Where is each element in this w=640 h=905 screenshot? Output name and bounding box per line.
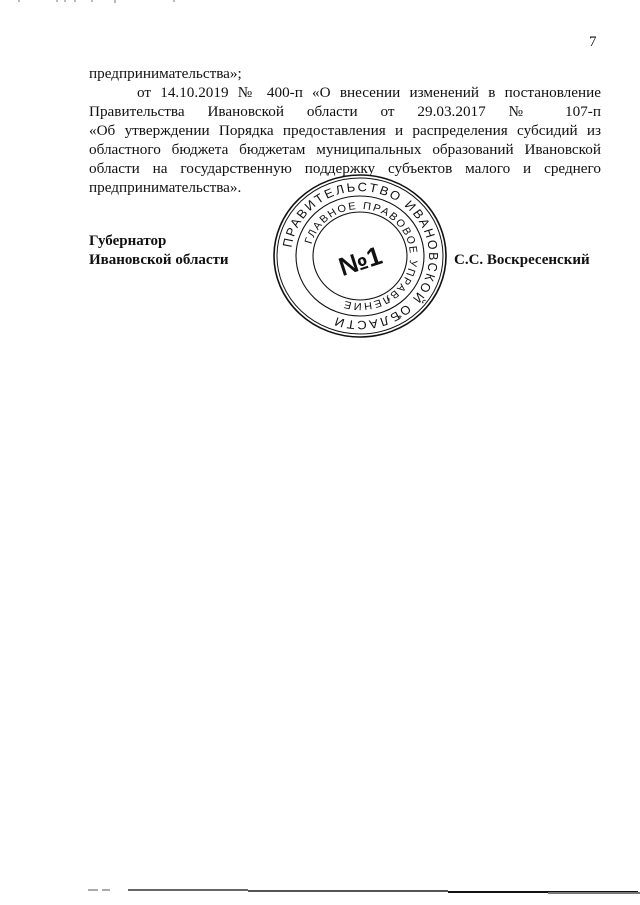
text-line: Правительства Ивановской области от 29.0… bbox=[89, 102, 601, 121]
scan-speck bbox=[18, 0, 20, 2]
scan-artifacts-bottom bbox=[88, 889, 640, 893]
seal-star-inner: * bbox=[387, 296, 391, 306]
scan-edge-segment bbox=[102, 889, 110, 891]
text-line: предпринимательства»; bbox=[89, 64, 601, 83]
scan-edge-segment bbox=[88, 889, 98, 891]
scan-speck bbox=[173, 0, 175, 2]
scan-speck bbox=[64, 0, 66, 2]
scan-speck bbox=[91, 0, 93, 2]
text-line: областного бюджета бюджетам муниципальны… bbox=[89, 140, 601, 159]
scan-edge-segment bbox=[248, 890, 448, 892]
scan-artifacts-top bbox=[0, 0, 200, 4]
text-line: от 14.10.2019 № 400-п «О внесении измене… bbox=[89, 83, 601, 102]
text-line: «Об утверждении Порядка предоставления и… bbox=[89, 121, 601, 140]
scan-speck bbox=[56, 0, 58, 2]
scan-speck bbox=[74, 0, 76, 2]
seal-graphic: ПРАВИТЕЛЬСТВО ИВАНОВСКОЙ ОБЛАСТИ ГЛАВНОЕ… bbox=[270, 172, 450, 340]
scan-speck bbox=[114, 0, 116, 3]
scan-edge-segment bbox=[548, 892, 640, 894]
signatory-title: Губернатор bbox=[89, 232, 229, 251]
scan-edge-segment bbox=[128, 889, 248, 891]
page-number: 7 bbox=[589, 34, 597, 51]
signatory-position: Губернатор Ивановской области bbox=[89, 232, 229, 270]
official-seal: ПРАВИТЕЛЬСТВО ИВАНОВСКОЙ ОБЛАСТИ ГЛАВНОЕ… bbox=[270, 172, 450, 340]
signatory-name: С.С. Воскресенский bbox=[454, 251, 590, 270]
signatory-region: Ивановской области bbox=[89, 251, 229, 270]
seal-star-outer: * bbox=[398, 314, 402, 325]
seal-center-number: №1 bbox=[335, 240, 386, 282]
